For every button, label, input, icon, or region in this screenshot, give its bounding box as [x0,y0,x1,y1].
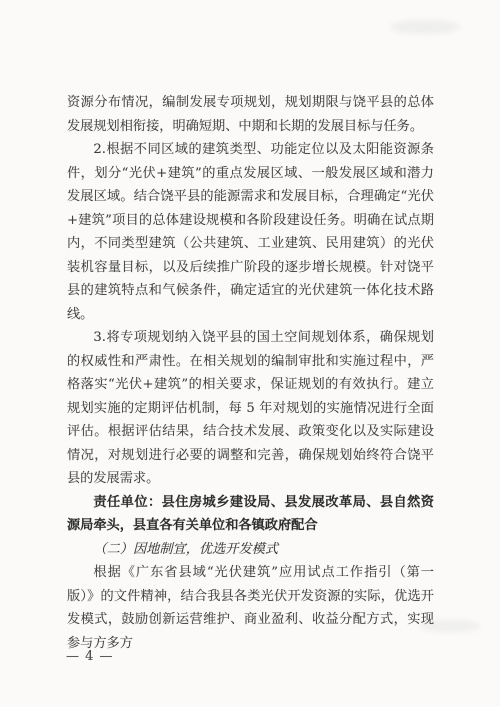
section-heading-2: （二）因地制宜，优选开发模式 [67,538,434,562]
paragraph-item-2: 2.根据不同区域的建筑类型、功能定位以及太阳能资源条件，划分“光伏+建筑”的重点… [67,138,434,326]
paragraph-development-mode: 根据《广东省县域“光伏建筑”应用试点工作指引（第一版）》的文件精神，结合我县各类… [67,561,434,655]
document-body: 资源分布情况，编制发展专项规划，规划期限与饶平县的总体发展规划相衔接，明确短期、… [67,91,434,655]
page-number: — 4 — [66,649,114,665]
document-page: 资源分布情况，编制发展专项规划，规划期限与饶平县的总体发展规划相衔接，明确短期、… [0,0,500,707]
paragraph-item-3: 3.将专项规划纳入饶平县的国土空间规划体系，确保规划的权威性和严肃性。在相关规划… [67,326,434,491]
responsible-units-paragraph: 责任单位：县住房城乡建设局、县发展改革局、县自然资源局牵头，县直各有关单位和各镇… [67,491,434,538]
scan-artifact [390,20,460,34]
paragraph-continuation: 资源分布情况，编制发展专项规划，规划期限与饶平县的总体发展规划相衔接，明确短期、… [67,91,434,138]
